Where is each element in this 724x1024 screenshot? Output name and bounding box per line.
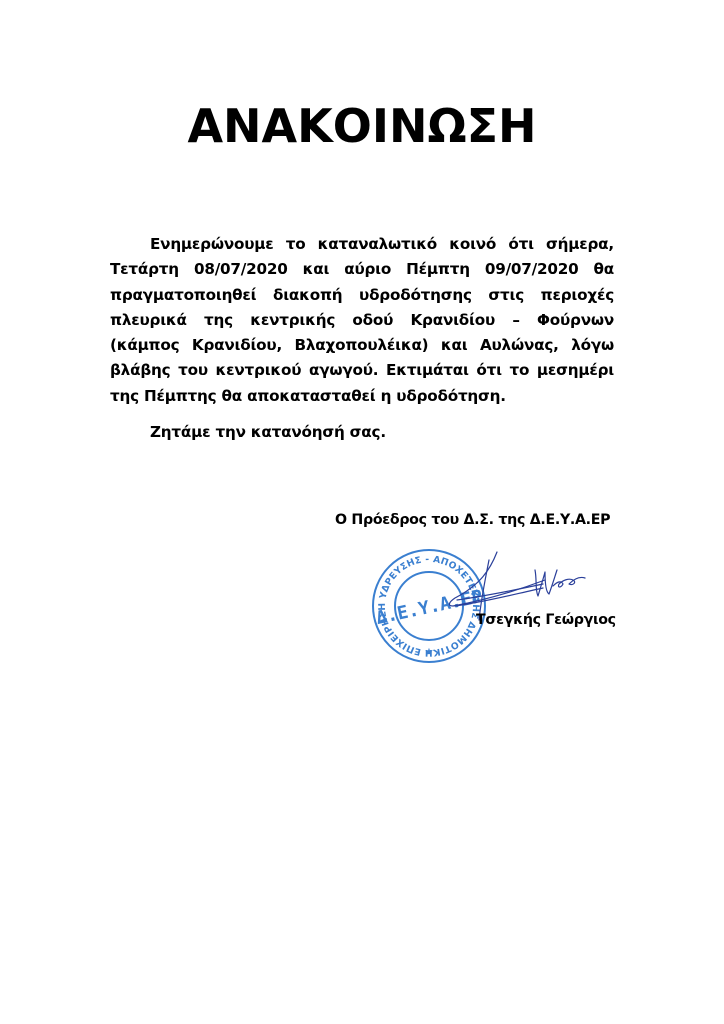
signatory-name: Τσεγκής Γεώργιος (476, 612, 616, 628)
signatory-title: Ο Πρόεδρος του Δ.Σ. της Δ.Ε.Υ.Α.ΕΡ (335, 512, 610, 528)
closing-paragraph: Ζητάμε την κατανόησή σας. (110, 420, 614, 445)
page-title: ΑΝΑΚΟΙΝΩΣΗ (0, 96, 724, 156)
announcement-paragraph: Ενημερώνουμε το καταναλωτικό κοινό ότι σ… (110, 232, 614, 409)
svg-text:★: ★ (425, 647, 434, 658)
announcement-body: Ενημερώνουμε το καταναλωτικό κοινό ότι σ… (110, 232, 614, 445)
